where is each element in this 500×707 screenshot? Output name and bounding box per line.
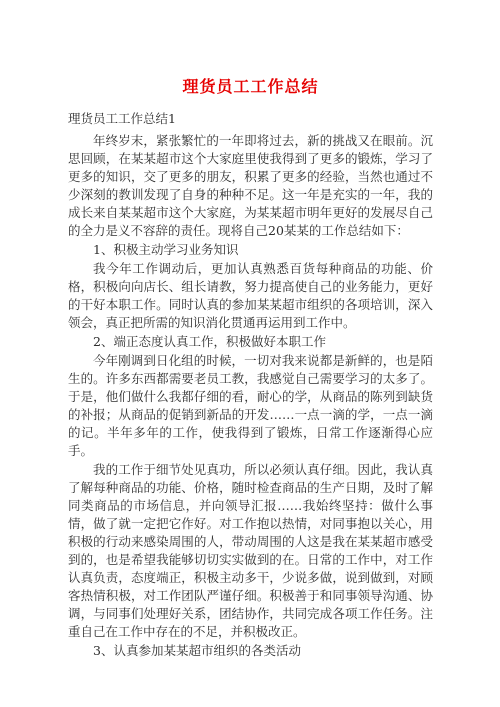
paragraph: 今年刚调到日化组的时候，一切对我来说都是新鲜的，也是陌生的。许多东西都需要老员工… — [68, 352, 433, 460]
paragraph: 年终岁末，紧张繁忙的一年即将过去，新的挑战又在眼前。沉思回顾，在某某超市这个大家… — [68, 132, 433, 240]
section-heading: 3、认真参加某某超市组织的各类活动 — [68, 642, 433, 660]
document-body: 理货员工工作总结1 年终岁末，紧张繁忙的一年即将过去，新的挑战又在眼前。沉思回顾… — [68, 110, 433, 660]
document-subtitle: 理货员工工作总结1 — [68, 110, 433, 128]
section-heading: 2、端正态度认真工作，积极做好本职工作 — [68, 333, 433, 351]
page-title: 理货员工工作总结 — [68, 74, 433, 97]
section-heading: 1、积极主动学习业务知识 — [68, 241, 433, 259]
document-page: 理货员工工作总结 理货员工工作总结1 年终岁末，紧张繁忙的一年即将过去，新的挑战… — [0, 0, 500, 707]
paragraph: 我今年工作调动后，更加认真熟悉百货每种商品的功能、价格，积极向向店长、组长请教，… — [68, 260, 433, 332]
paragraph: 我的工作于细节处见真功，所以必须认真仔细。因此，我认真了解每种商品的功能、价格，… — [68, 461, 433, 641]
